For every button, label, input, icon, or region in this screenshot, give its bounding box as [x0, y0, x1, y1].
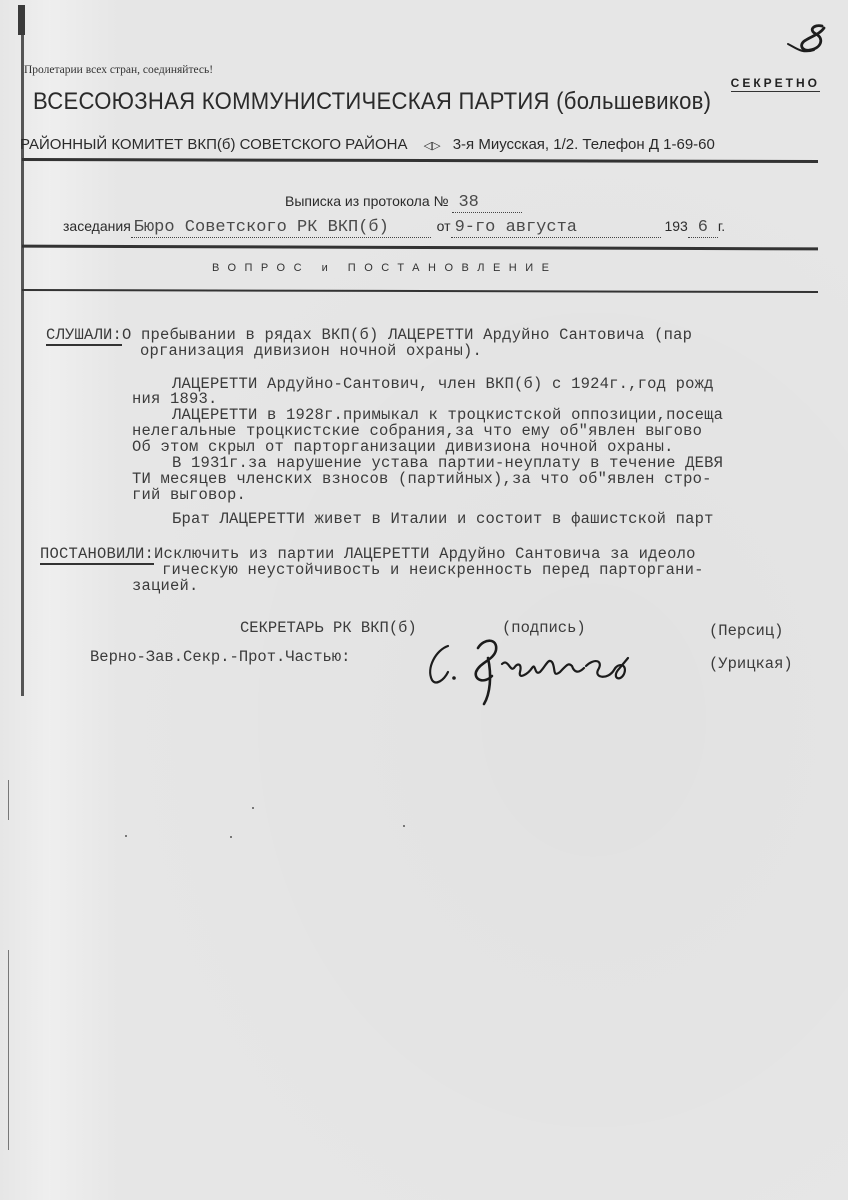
- handwritten-page-number: [784, 20, 834, 65]
- handwritten-signature: [418, 628, 648, 708]
- year-field: 6: [688, 218, 718, 238]
- detail-line-8: гий выговор.: [132, 486, 246, 504]
- certifier-name: (Урицкая): [709, 655, 793, 673]
- meeting-date-field: 9-го августа: [451, 218, 661, 238]
- separator-icon: ◁▷: [424, 140, 441, 152]
- meeting-body-field: Бюро Советского РК ВКП(б): [131, 218, 431, 238]
- extract-label: Выписка из протокола №: [285, 193, 449, 209]
- paper-speck: [125, 835, 127, 837]
- section-divider: [22, 289, 818, 293]
- committee-line: РАЙОННЫЙ КОМИТЕТ ВКП(б) СОВЕТСКОГО РАЙОН…: [20, 136, 715, 153]
- document-page: Пролетарии всех стран, соединяйтесь! СЕК…: [0, 0, 848, 1200]
- paper-speck: [230, 836, 232, 838]
- year-prefix: 193: [664, 218, 687, 234]
- heard-label: СЛУШАЛИ:: [46, 326, 122, 346]
- binding-edge-top: [18, 5, 25, 35]
- meeting-label: заседания: [63, 218, 131, 234]
- secretary-name: (Персиц): [709, 622, 783, 640]
- year-abbrev: г.: [718, 218, 725, 234]
- committee-address: 3-я Миусская, 1/2. Телефон Д 1-69-60: [453, 136, 715, 153]
- slogan: Пролетарии всех стран, соединяйтесь!: [24, 64, 213, 76]
- meeting-divider: [22, 245, 818, 251]
- meeting-date: 9-го августа: [455, 218, 577, 237]
- binding-edge: [21, 6, 24, 696]
- section-header: ВОПРОС и ПОСТАНОВЛЕНИЕ: [212, 262, 557, 274]
- heard-line-2: организация дивизион ночной охраны).: [140, 342, 482, 360]
- scan-artifact: [8, 950, 9, 1150]
- year-suffix: 6: [698, 218, 708, 237]
- detail-line-1: ЛАЦЕРЕТТИ Ардуйно-Сантович, член ВКП(б) …: [172, 375, 714, 393]
- resolved-line-2: гическую неустойчивость и неискренность …: [162, 561, 704, 579]
- protocol-number: 38: [458, 193, 478, 212]
- classification-stamp: СЕКРЕТНО: [731, 76, 820, 92]
- paper-speck: [403, 825, 405, 827]
- certified-label: Верно-Зав.Секр.-Прот.Частью:: [90, 648, 350, 666]
- meeting-body: Бюро Советского РК ВКП(б): [134, 218, 389, 237]
- detail-line-9: Брат ЛАЦЕРЕТТИ живет в Италии и состоит …: [172, 510, 714, 528]
- committee-name: РАЙОННЫЙ КОМИТЕТ ВКП(б) СОВЕТСКОГО РАЙОН…: [20, 136, 407, 153]
- secretary-label: СЕКРЕТАРЬ РК ВКП(б): [240, 619, 417, 637]
- scan-artifact: [8, 780, 9, 820]
- header-divider: [22, 158, 818, 163]
- from-label: от: [437, 218, 451, 234]
- resolved-label: ПОСТАНОВИЛИ:: [40, 545, 154, 565]
- paper-speck: [252, 807, 254, 809]
- protocol-number-field: 38: [452, 193, 522, 213]
- party-name: ВСЕСОЮЗНАЯ КОММУНИСТИЧЕСКАЯ ПАРТИЯ (боль…: [33, 88, 711, 116]
- resolved-line-3: зацией.: [132, 577, 199, 595]
- extract-title: Выписка из протокола № 38: [285, 193, 522, 213]
- meeting-line: заседанияБюро Советского РК ВКП(б) от9-г…: [63, 218, 725, 238]
